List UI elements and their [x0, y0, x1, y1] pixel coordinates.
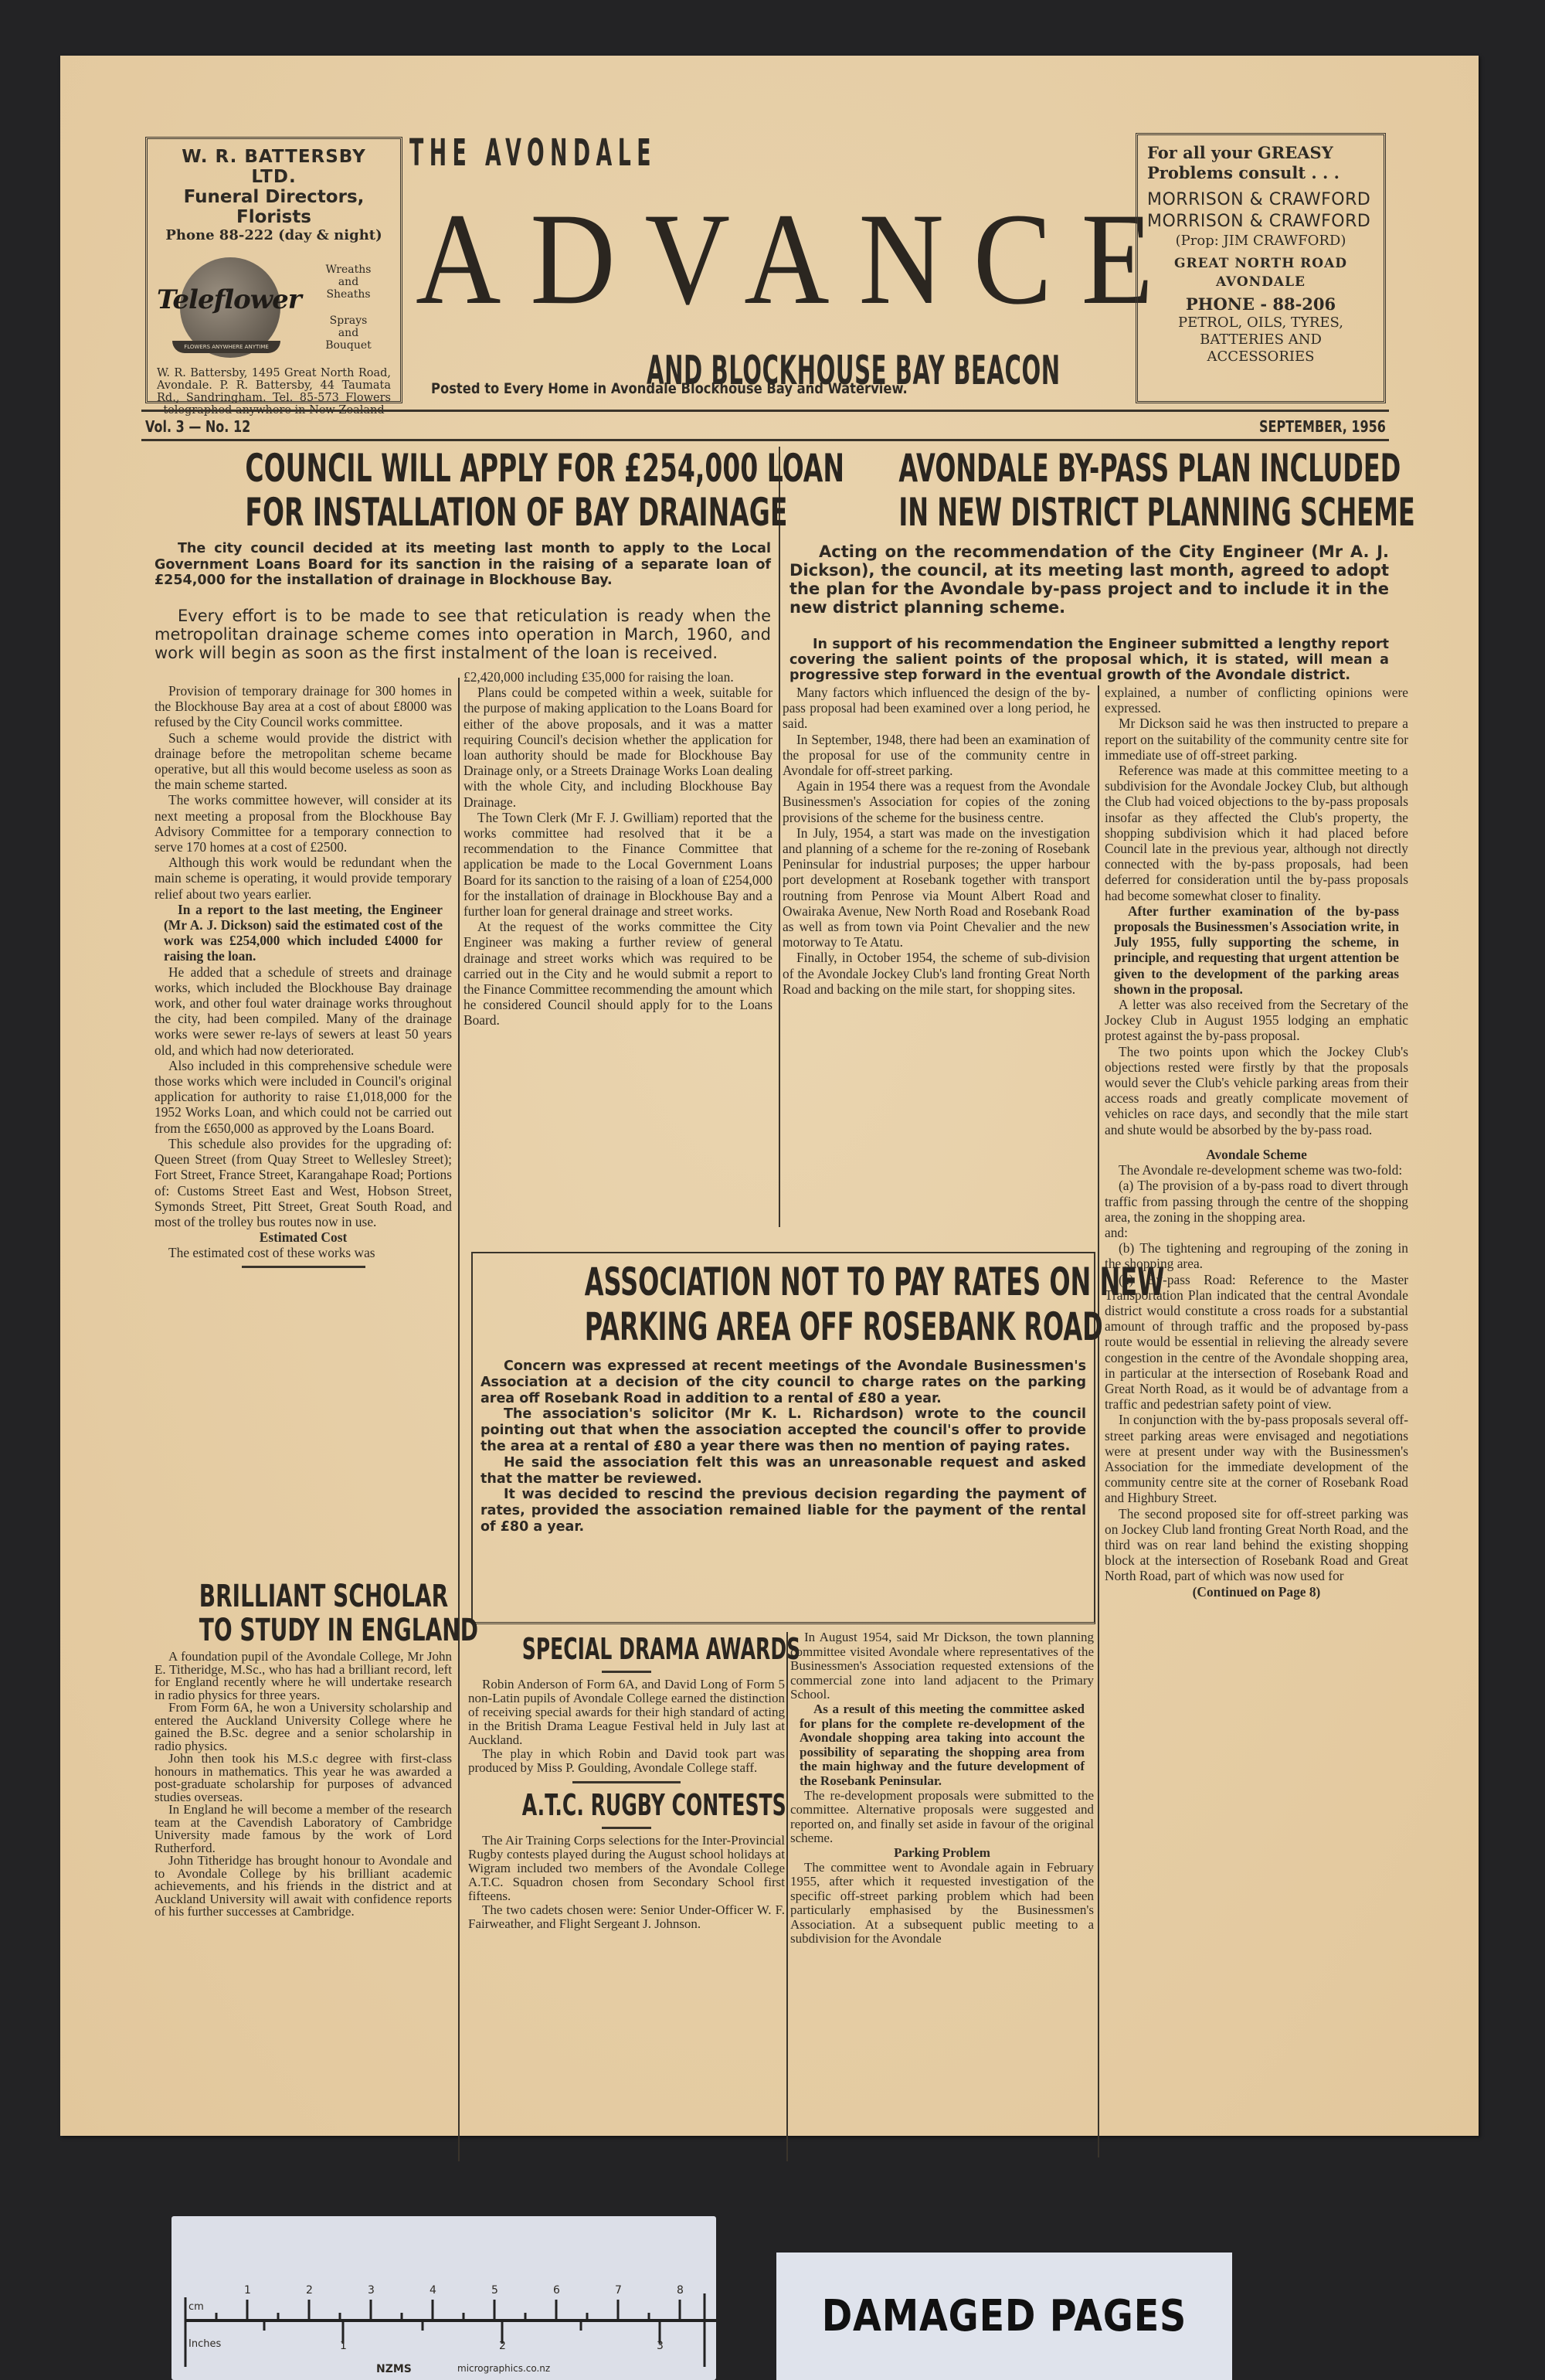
- rugby-headline: A.T.C. RUGBY CONTESTS: [522, 1788, 732, 1822]
- loan-intro: Every effort is to be made to see that r…: [154, 607, 771, 662]
- issue-date: SEPTEMBER, 1956: [1259, 417, 1386, 436]
- continued-note: (Continued on Page 8): [1105, 1584, 1408, 1600]
- drama-headline: SPECIAL DRAMA AWARDS: [522, 1632, 732, 1666]
- ruler-inch-label: Inches: [188, 2338, 221, 2350]
- cm-tick-label: 5: [491, 2284, 498, 2297]
- cm-tick-label: 4: [430, 2284, 436, 2297]
- loan-headline-1: COUNCIL WILL APPLY FOR £254,000 LOAN: [245, 446, 663, 491]
- ad-business-type: Funeral Directors, Florists: [157, 187, 391, 227]
- bypass-headline-2: IN NEW DISTRICT PLANNING SCHEME: [898, 490, 1284, 535]
- cm-tick-label: 8: [677, 2284, 684, 2297]
- ad-services: PETROL, OILS, TYRES, BATTERIES AND ACCES…: [1147, 314, 1374, 365]
- ad-phone: Phone 88-222 (day & night): [157, 227, 391, 243]
- bypass-column-4: explained, a number of conflicting opini…: [1105, 685, 1408, 1600]
- ruler-brand: NZMS: [376, 2363, 412, 2375]
- scholar-headline-1: BRILLIANT SCHOLAR: [199, 1579, 408, 1613]
- column-divider: [779, 447, 780, 1227]
- bypass-column-3: Many factors which influenced the design…: [783, 685, 1090, 997]
- bypass-lede: Acting on the recommendation of the City…: [789, 542, 1389, 617]
- ad-phone: PHONE - 88-206: [1147, 294, 1374, 314]
- inch-tick-label: 1: [340, 2340, 347, 2352]
- loan-lede: The city council decided at its meeting …: [154, 541, 771, 589]
- column-divider: [1098, 685, 1099, 2157]
- ad-intro: For all your GREASY Problems consult . .…: [1147, 143, 1374, 183]
- column-divider: [458, 678, 460, 2161]
- ad-suburb: AVONDALE: [1147, 273, 1374, 291]
- rates-headline-2: PARKING AREA OFF ROSEBANK ROAD: [585, 1304, 983, 1349]
- masthead-title: ADVANCE: [416, 193, 1183, 325]
- rates-article-box: ASSOCIATION NOT TO PAY RATES ON NEW PARK…: [471, 1252, 1095, 1624]
- ad-company-name: W. R. BATTERSBY LTD.: [157, 147, 391, 187]
- rugby-article: The Air Training Corps selections for th…: [468, 1834, 785, 1931]
- subhead-avondale-scheme: Avondale Scheme: [1105, 1147, 1408, 1162]
- bypass-lede-2: In support of his recommendation the Eng…: [789, 637, 1389, 683]
- rates-body: Concern was expressed at recent meetings…: [473, 1349, 1094, 1535]
- damaged-pages-notice: DAMAGED PAGES: [776, 2252, 1232, 2380]
- inch-tick-label: 2: [499, 2340, 506, 2352]
- ad-street: GREAT NORTH ROAD: [1147, 254, 1374, 273]
- subhead-estimated-cost: Estimated Cost: [154, 1229, 452, 1245]
- loan-headline-2: FOR INSTALLATION OF BAY DRAINAGE: [245, 490, 663, 535]
- divider: [141, 410, 1389, 412]
- loan-column-2: £2,420,000 including £35,000 for raising…: [463, 669, 772, 1028]
- column-divider: [786, 1632, 788, 2161]
- scholar-article: BRILLIANT SCHOLAR TO STUDY IN ENGLAND A …: [154, 1579, 452, 1919]
- scale-ruler: cm Inches 1 2 3 4 5 6 7 8 1 2 3 NZMS mic…: [171, 2216, 716, 2380]
- loan-column-1: Provision of temporary drainage for 300 …: [154, 683, 452, 1273]
- volume-number: Vol. 3 — No. 12: [145, 417, 250, 436]
- cm-tick-label: 2: [306, 2284, 313, 2297]
- masthead-tagline: Posted to Every Home in Avondale Blockho…: [431, 380, 908, 397]
- teleflower-logo-icon: Teleflower FLOWERS ANYWHERE ANYTIME: [157, 250, 296, 365]
- ad-products: WreathsandSheaths SpraysandBouquet: [306, 263, 391, 352]
- bypass-column-3-lower: In August 1954, said Mr Dickson, the tow…: [790, 1630, 1094, 1946]
- rates-headline-1: ASSOCIATION NOT TO PAY RATES ON NEW: [585, 1260, 983, 1304]
- ruler-cm-label: cm: [188, 2301, 204, 2313]
- cm-tick-label: 1: [244, 2284, 251, 2297]
- morrison-crawford-advertisement: For all your GREASY Problems consult . .…: [1136, 133, 1386, 403]
- drama-article: SPECIAL DRAMA AWARDS Robin Anderson of F…: [468, 1632, 785, 1931]
- ruler-website: micrographics.co.nz: [457, 2363, 550, 2374]
- inch-tick-label: 3: [657, 2340, 664, 2352]
- ad-name-repeat: MORRISON & CRAWFORD: [1147, 211, 1374, 233]
- subhead-parking-problem: Parking Problem: [790, 1846, 1094, 1861]
- masthead-prefix: THE AVONDALE: [409, 131, 657, 175]
- cm-tick-label: 7: [615, 2284, 622, 2297]
- bypass-headline-1: AVONDALE BY-PASS PLAN INCLUDED: [898, 446, 1284, 491]
- scholar-headline-2: TO STUDY IN ENGLAND: [199, 1613, 408, 1647]
- cm-tick-label: 3: [368, 2284, 375, 2297]
- newspaper-page: W. R. BATTERSBY LTD. Funeral Directors, …: [60, 56, 1479, 2136]
- battersby-advertisement: W. R. BATTERSBY LTD. Funeral Directors, …: [145, 137, 402, 403]
- ad-proprietor: (Prop: JIM CRAWFORD): [1147, 233, 1374, 250]
- ad-name: MORRISON & CRAWFORD: [1147, 189, 1374, 211]
- cm-tick-label: 6: [553, 2284, 560, 2297]
- divider: [141, 439, 1389, 441]
